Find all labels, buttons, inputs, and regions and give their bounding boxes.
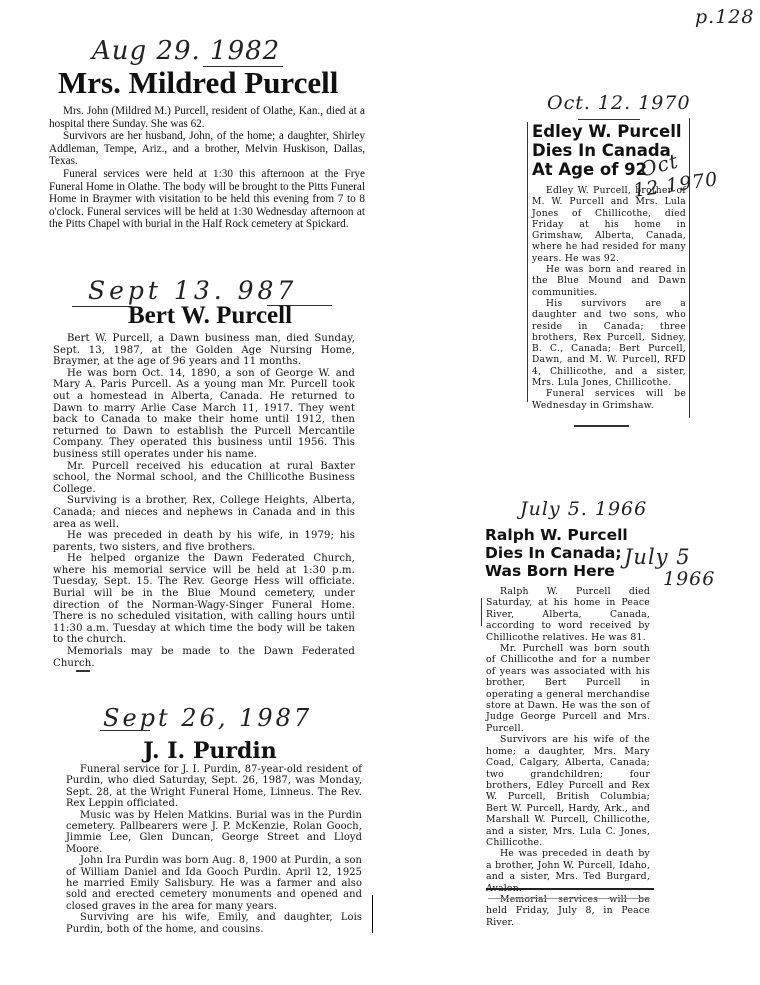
paragraph: Survivors are her husband, John, of the … [49,130,365,168]
paragraph: Funeral services were held at 1:30 this … [49,168,365,231]
headline-line: Edley W. Purcell [532,122,692,141]
paragraph: Music was by Helen Matkins. Burial was i… [66,810,362,856]
headline: Bert W. Purcell [60,302,360,330]
paragraph: Bert W. Purcell, a Dawn business man, di… [53,333,355,368]
paragraph: Surviving are his wife, Emily, and daugh… [66,912,362,935]
paragraph: Funeral service for J. I. Purdin, 87-yea… [66,764,362,810]
headline-line: Dies In Canada; [485,544,635,562]
divider [488,898,650,899]
handwritten-date: Sept 26, 1987 [103,704,312,732]
headline: Mrs. Mildred Purcell [58,66,348,100]
divider [76,670,90,672]
handwritten-margin-note: July 5 [624,545,691,569]
divider [100,730,150,731]
paragraph: He was born Oct. 14, 1890, a son of Geor… [53,368,355,461]
article-body: Edley W. Purcell, brother of M. W. Purce… [532,186,686,412]
divider [578,119,640,120]
headline: J. I. Purdin [60,738,360,764]
paragraph: Memorial services will be held Friday, J… [486,894,650,928]
handwritten-date: Aug 29. 1982 [92,36,280,66]
paragraph: His survivors are a daughter and two son… [532,299,686,389]
border-line [527,122,528,402]
paragraph: Memorials may be made to the Dawn Federa… [53,646,355,669]
handwritten-date: Sept 13. 987 [88,276,297,305]
paragraph: Survivors are his wife of the home; a da… [486,734,650,848]
divider [574,425,629,427]
headline-line: Ralph W. Purcell [485,526,635,544]
paragraph: Ralph W. Purcell died Saturday, at his h… [486,586,650,643]
headline-line: Was Born Here [485,562,635,580]
divider [486,888,654,890]
paragraph: Edley W. Purcell, brother of M. W. Purce… [532,186,686,265]
paragraph: John Ira Purdin was born Aug. 8, 1900 at… [66,855,362,912]
article-body: Ralph W. Purcell died Saturday, at his h… [486,586,650,928]
border-line [481,598,482,626]
paragraph: He was born and reared in the Blue Mound… [532,265,686,299]
paragraph: Mr. Purchell was born south of Chillicot… [486,643,650,734]
border-line [372,895,373,933]
paragraph: Mr. Purcell received his education at ru… [53,461,355,496]
paragraph: Surviving is a brother, Rex, College Hei… [53,495,355,530]
paragraph: Mrs. John (Mildred M.) Purcell, resident… [49,105,365,130]
handwritten-date: Oct. 12. 1970 [547,92,691,114]
handwritten-margin-note: 1966 [663,568,715,590]
headline: Ralph W. Purcell Dies In Canada; Was Bor… [485,526,635,580]
paragraph: He helped organize the Dawn Federated Ch… [53,553,355,646]
handwritten-date: July 5. 1966 [520,498,647,520]
article-body: Bert W. Purcell, a Dawn business man, di… [53,333,355,669]
article-body: Funeral service for J. I. Purdin, 87-yea… [66,764,362,935]
article-body: Mrs. John (Mildred M.) Purcell, resident… [49,105,365,231]
paragraph: He was preceded in death by his wife, in… [53,530,355,553]
page-number-note: p.128 [695,6,754,28]
paragraph: Funeral services will be Wednesday in Gr… [532,389,686,412]
